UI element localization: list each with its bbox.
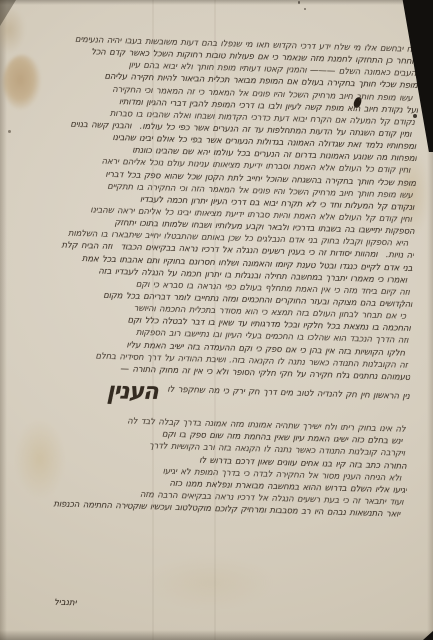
photo-background: לח יבחשם אלו מי שלח ידע דרכי הקדוש תאו מ… xyxy=(0,0,433,640)
ink-speck xyxy=(304,8,306,10)
catchword: יתנביל xyxy=(54,598,77,608)
ink-speck xyxy=(8,130,11,133)
text-block: לח יבחשם אלו מי שלח ידע דרכי הקדוש תאו מ… xyxy=(16,32,420,521)
page-edge-shadow-bottom xyxy=(0,630,433,640)
ink-speck xyxy=(298,1,300,4)
parchment-stain xyxy=(145,555,275,610)
text-block-upper: לח יבחשם אלו מי שלח ידע דרכי הקדוש תאו מ… xyxy=(20,32,420,383)
page-edge-shadow-right xyxy=(427,140,433,640)
text-block-lower: לה אינו בחוק ריתו ולח ישירך שתהיה אמונתו… xyxy=(16,412,409,521)
incipit-line-text: נין הראשון חין חק להנדיה לטוב מים דרך חק… xyxy=(167,384,410,404)
incipit-line: נין הראשון חין חק להנדיה לטוב מים דרך חק… xyxy=(19,379,410,418)
incipit-word: הענין xyxy=(107,380,158,403)
page-edge-shadow-top xyxy=(0,0,433,5)
manuscript-page: לח יבחשם אלו מי שלח ידע דרכי הקדוש תאו מ… xyxy=(0,0,433,640)
